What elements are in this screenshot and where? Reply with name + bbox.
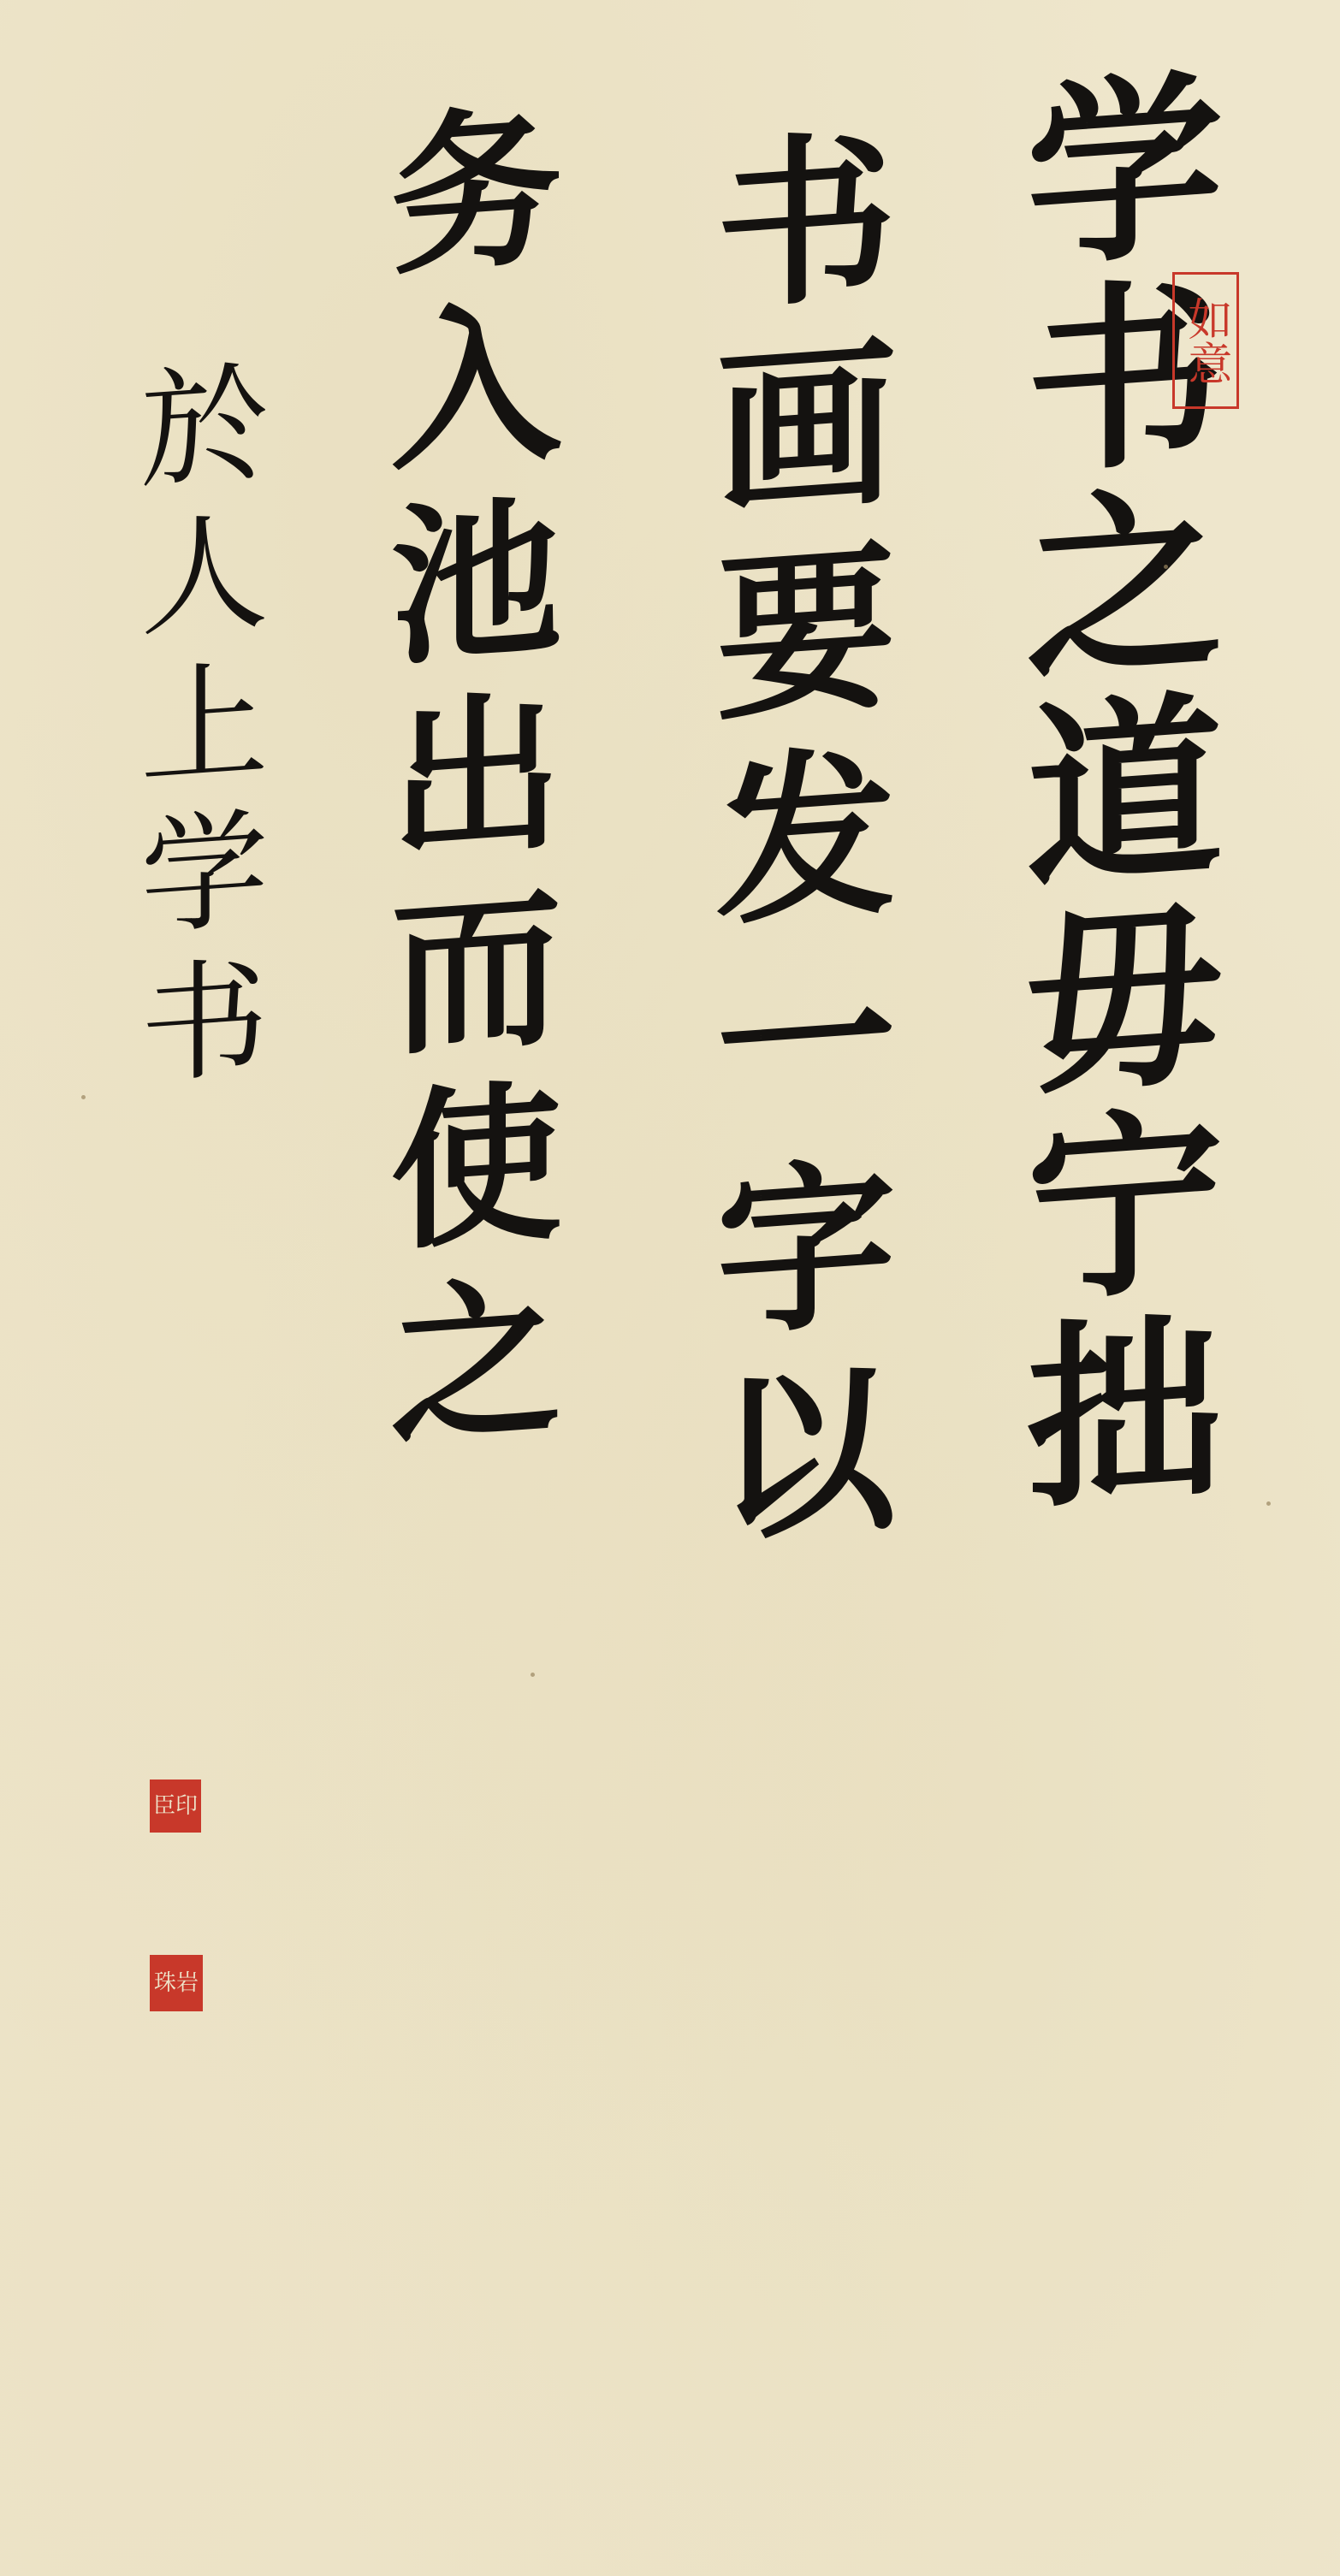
- paper-speck: [531, 1673, 535, 1677]
- red-seal-signature-lower: 珠岩: [150, 1955, 203, 2011]
- red-seal-top: 如意: [1172, 272, 1239, 409]
- calligraphy-column-2: 书画要发一字以: [702, 122, 881, 1572]
- paper-speck: [1164, 565, 1168, 569]
- paper-speck: [81, 1095, 86, 1099]
- paper-speck: [1266, 1501, 1271, 1506]
- red-seal-signature-upper: 臣印: [150, 1780, 201, 1833]
- calligraphy-column-3: 务入池出而使之: [377, 97, 548, 1474]
- inscription-column: 於人上学书: [128, 355, 257, 1108]
